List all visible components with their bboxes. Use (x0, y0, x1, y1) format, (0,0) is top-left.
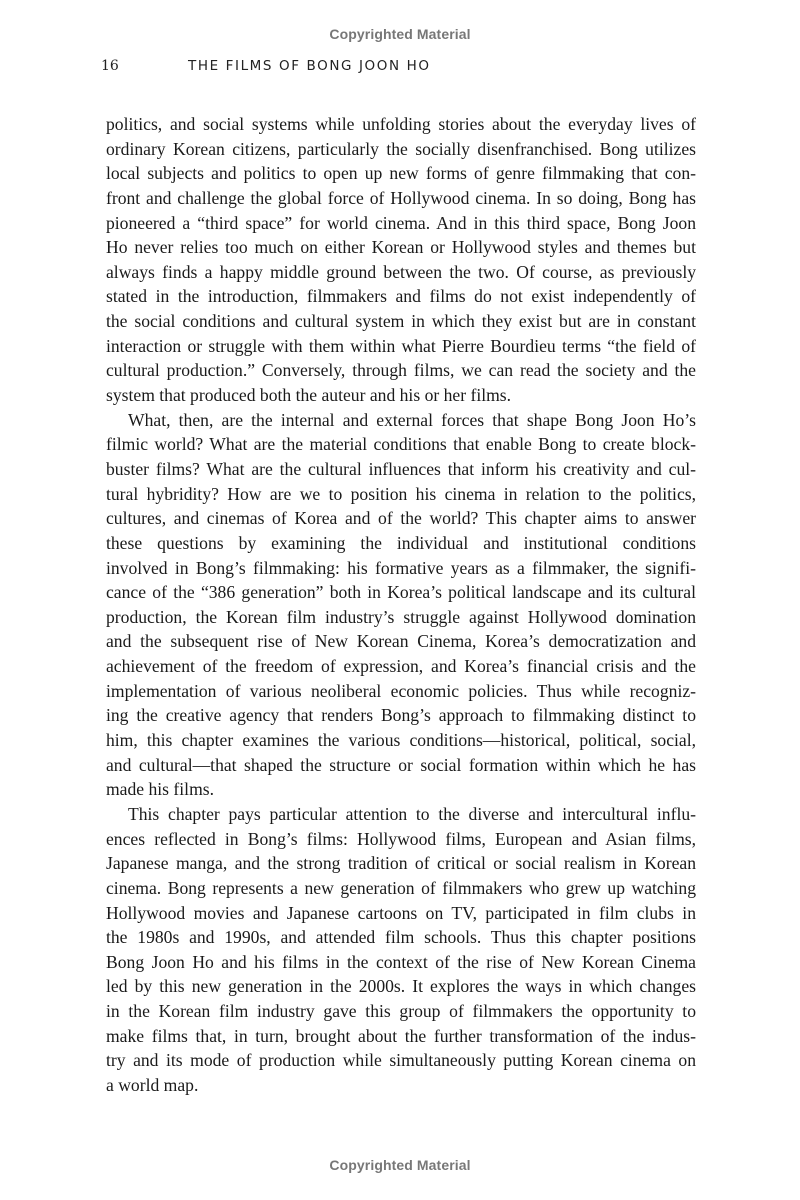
text-line: cinema. Bong represents a new generation… (106, 876, 696, 901)
text-line: buster films? What are the cultural infl… (106, 457, 696, 482)
book-title: THE FILMS OF BONG JOON HO (188, 58, 431, 74)
paragraph: What, then, are the internal and externa… (106, 408, 696, 802)
copyright-watermark-top: Copyrighted Material (0, 26, 800, 42)
text-line: made his films. (106, 777, 696, 802)
text-line: interaction or struggle with them within… (106, 334, 696, 359)
page-number: 16 (101, 58, 119, 74)
text-line: Ho never relies too much on either Korea… (106, 235, 696, 260)
paragraph: politics, and social systems while unfol… (106, 112, 696, 408)
text-line: and the subsequent rise of New Korean Ci… (106, 629, 696, 654)
text-line: implementation of various neoliberal eco… (106, 679, 696, 704)
text-line: Bong Joon Ho and his films in the contex… (106, 950, 696, 975)
paragraph: This chapter pays particular attention t… (106, 802, 696, 1098)
text-line: the 1980s and 1990s, and attended film s… (106, 925, 696, 950)
text-line: filmic world? What are the material cond… (106, 432, 696, 457)
text-line: This chapter pays particular attention t… (106, 802, 696, 827)
text-line: try and its mode of production while sim… (106, 1048, 696, 1073)
text-line: the social conditions and cultural syste… (106, 309, 696, 334)
text-line: ences reflected in Bong’s films: Hollywo… (106, 827, 696, 852)
text-line: make films that, in turn, brought about … (106, 1024, 696, 1049)
text-line: system that produced both the auteur and… (106, 383, 696, 408)
text-line: What, then, are the internal and externa… (106, 408, 696, 433)
text-line: pioneered a “third space” for world cine… (106, 211, 696, 236)
text-line: cance of the “386 generation” both in Ko… (106, 580, 696, 605)
text-line: these questions by examining the individ… (106, 531, 696, 556)
text-line: and cultural—that shaped the structure o… (106, 753, 696, 778)
body-text: politics, and social systems while unfol… (106, 112, 696, 1098)
text-line: local subjects and politics to open up n… (106, 161, 696, 186)
text-line: cultures, and cinemas of Korea and of th… (106, 506, 696, 531)
text-line: him, this chapter examines the various c… (106, 728, 696, 753)
text-line: led by this new generation in the 2000s.… (106, 974, 696, 999)
text-line: Japanese manga, and the strong tradition… (106, 851, 696, 876)
text-line: cultural production.” Conversely, throug… (106, 358, 696, 383)
text-line: politics, and social systems while unfol… (106, 112, 696, 137)
text-line: ing the creative agency that renders Bon… (106, 703, 696, 728)
text-line: involved in Bong’s filmmaking: his forma… (106, 556, 696, 581)
copyright-watermark-bottom: Copyrighted Material (0, 1157, 800, 1173)
text-line: in the Korean film industry gave this gr… (106, 999, 696, 1024)
running-head: 16 THE FILMS OF BONG JOON HO (0, 58, 800, 78)
text-line: achievement of the freedom of expression… (106, 654, 696, 679)
text-line: front and challenge the global force of … (106, 186, 696, 211)
text-line: always finds a happy middle ground betwe… (106, 260, 696, 285)
text-line: tural hybridity? How are we to position … (106, 482, 696, 507)
text-line: a world map. (106, 1073, 696, 1098)
text-line: ordinary Korean citizens, particularly t… (106, 137, 696, 162)
text-line: stated in the introduction, filmmakers a… (106, 284, 696, 309)
text-line: production, the Korean film industry’s s… (106, 605, 696, 630)
text-line: Hollywood movies and Japanese cartoons o… (106, 901, 696, 926)
